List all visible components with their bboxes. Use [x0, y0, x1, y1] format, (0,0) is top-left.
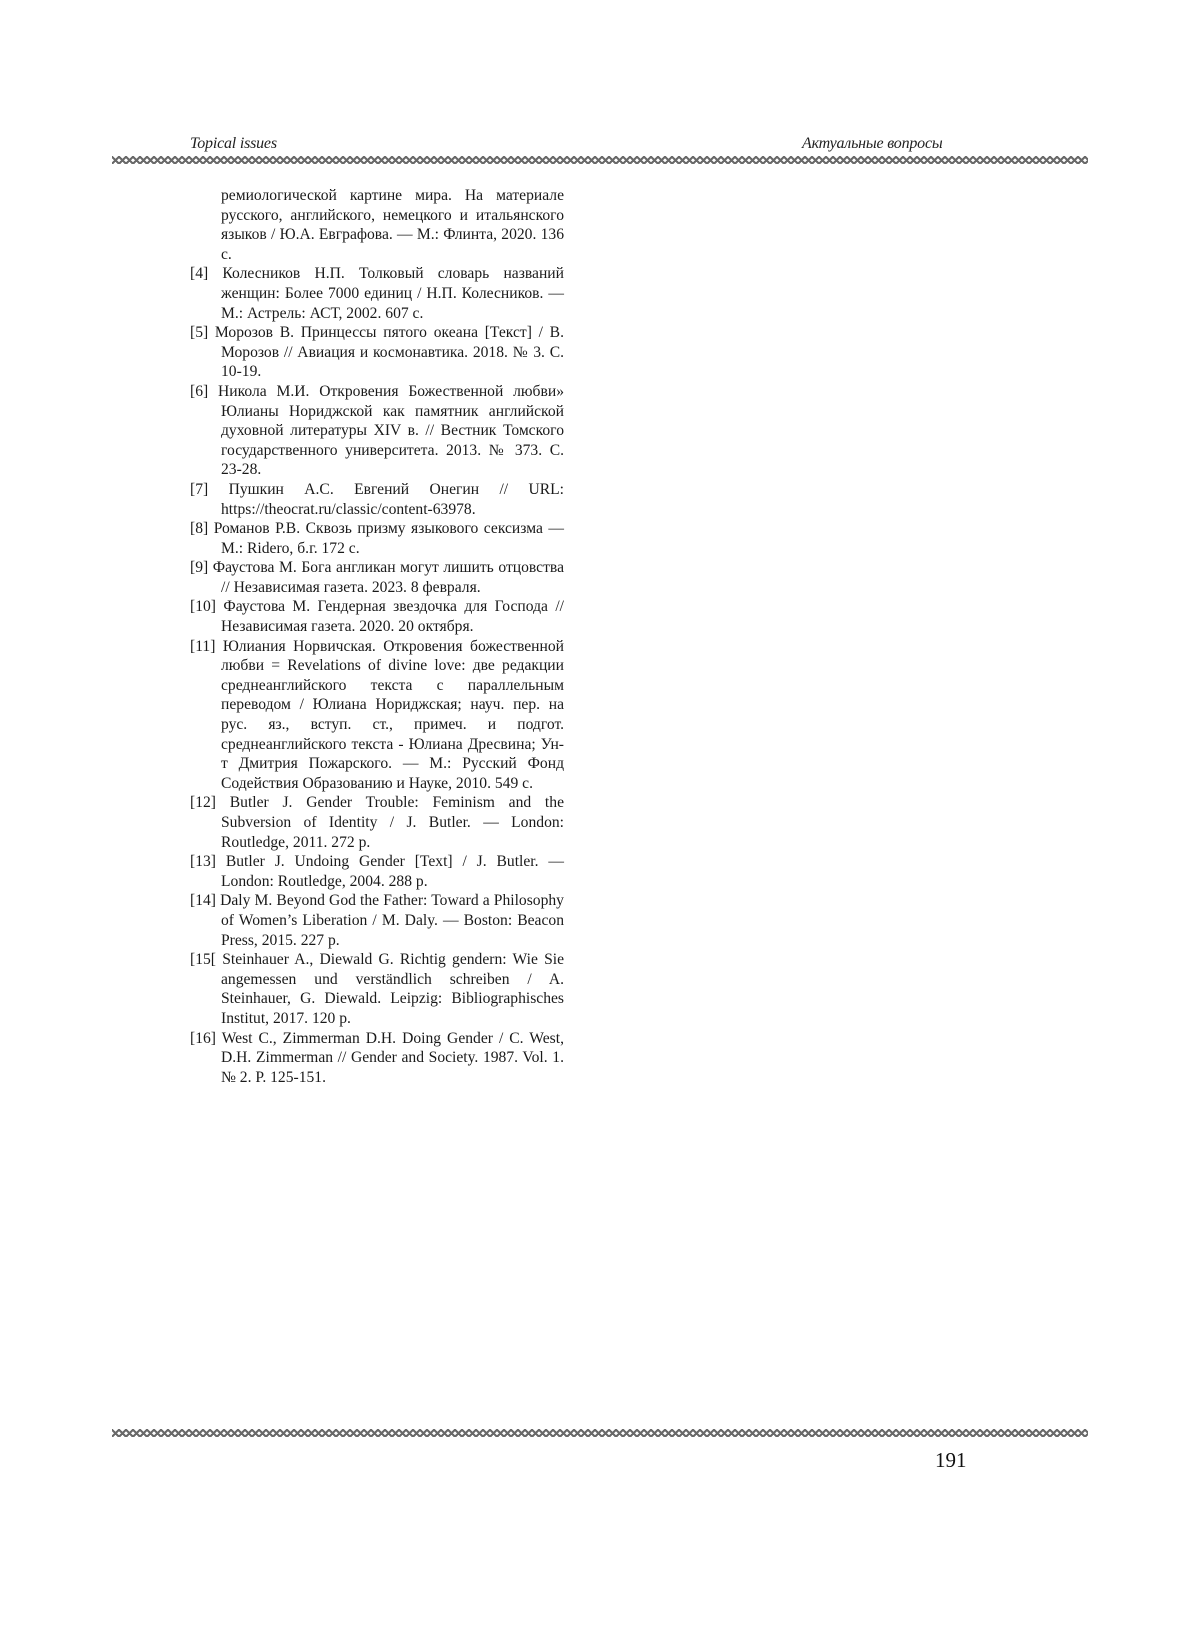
running-head-left: Topical issues: [190, 135, 277, 153]
reference-text: Steinhauer A., Diewald G. Richtig gender…: [221, 951, 564, 1027]
decorative-rule-top: [112, 156, 1088, 164]
reference-number: [14]: [190, 892, 216, 909]
reference-text: Butler J. Gender Trouble: Feminism and t…: [221, 794, 564, 850]
reference-number: [4]: [190, 265, 208, 282]
reference-item: [8] Романов Р.В. Сквозь призму языкового…: [190, 519, 564, 558]
reference-item: [6] Никола М.И. Откровения Божественной …: [190, 382, 564, 480]
reference-item: [4] Колесников Н.П. Толковый словарь наз…: [190, 264, 564, 323]
reference-number: [9]: [190, 559, 208, 576]
reference-text: Фаустова М. Бога англикан могут лишить о…: [213, 559, 564, 596]
reference-text: ремиологической картине мира. На материа…: [221, 187, 564, 263]
reference-item: [14] Daly M. Beyond God the Father: Towa…: [190, 891, 564, 950]
reference-item-continued: ремиологической картине мира. На материа…: [190, 186, 564, 264]
reference-number: [7]: [190, 481, 208, 498]
reference-text: Колесников Н.П. Толковый словарь названи…: [221, 265, 564, 321]
reference-number: [6]: [190, 383, 208, 400]
reference-item: [10] Фаустова М. Гендерная звездочка для…: [190, 597, 564, 636]
page-number: 191: [935, 1448, 967, 1473]
running-head-right: Актуальные вопросы: [802, 135, 943, 153]
reference-item: [12] Butler J. Gender Trouble: Feminism …: [190, 793, 564, 852]
reference-item: [9] Фаустова М. Бога англикан могут лиши…: [190, 558, 564, 597]
reference-item: [15[ Steinhauer A., Diewald G. Richtig g…: [190, 950, 564, 1028]
reference-item: [5] Морозов В. Принцессы пятого океана […: [190, 323, 564, 382]
reference-text: Юлиания Норвичская. Откровения божествен…: [221, 638, 564, 792]
reference-item: [13] Butler J. Undoing Gender [Text] / J…: [190, 852, 564, 891]
decorative-rule-bottom: [112, 1429, 1088, 1437]
reference-item: [7] Пушкин А.С. Евгений Онегин // URL: h…: [190, 480, 564, 519]
reference-number: [16]: [190, 1030, 216, 1047]
reference-number: [10]: [190, 598, 216, 615]
reference-text: Daly M. Beyond God the Father: Toward a …: [220, 892, 564, 948]
reference-text: Фаустова М. Гендерная звездочка для Госп…: [221, 598, 564, 635]
reference-text: Butler J. Undoing Gender [Text] / J. But…: [221, 853, 564, 890]
reference-number: [11]: [190, 638, 215, 655]
reference-number: [5]: [190, 324, 208, 341]
reference-number: [12]: [190, 794, 216, 811]
reference-text: West C., Zimmerman D.H. Doing Gender / C…: [221, 1030, 564, 1086]
reference-item: [11] Юлиания Норвичская. Откровения боже…: [190, 637, 564, 794]
reference-text: Никола М.И. Откровения Божественной любв…: [218, 383, 564, 478]
reference-item: [16] West C., Zimmerman D.H. Doing Gende…: [190, 1029, 564, 1088]
reference-text: Пушкин А.С. Евгений Онегин // URL: https…: [221, 481, 564, 518]
reference-list: ремиологической картине мира. На материа…: [190, 186, 564, 1087]
reference-number: [13]: [190, 853, 216, 870]
reference-text: Морозов В. Принцессы пятого океана [Текс…: [215, 324, 564, 380]
reference-text: Романов Р.В. Сквозь призму языкового сек…: [214, 520, 564, 557]
reference-number: [15[: [190, 951, 216, 968]
reference-number: [8]: [190, 520, 208, 537]
